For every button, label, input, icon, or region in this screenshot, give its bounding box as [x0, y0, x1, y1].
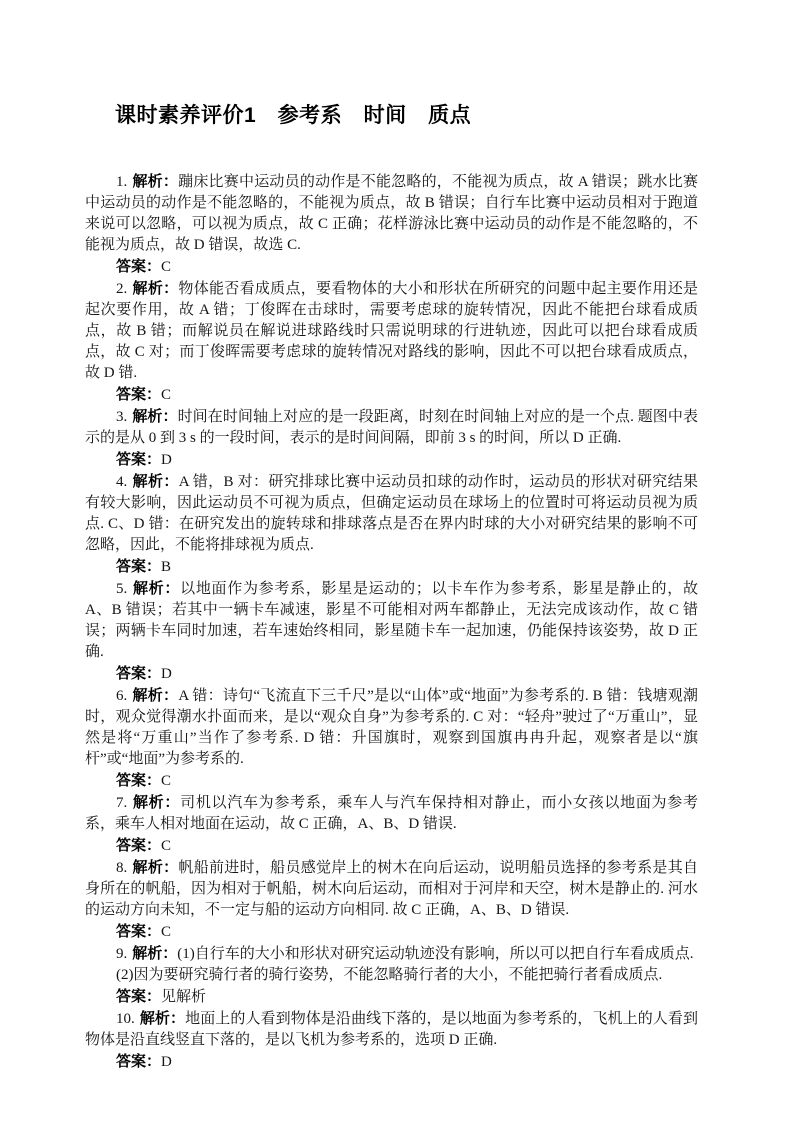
answer-paragraph: 答案：D — [85, 1051, 698, 1073]
analysis-paragraph: 6.解析：A 错：诗句“飞流直下三千尺”是以“山体”或“地面”为参考系的. B … — [85, 685, 698, 770]
answer-value: D — [161, 1054, 172, 1070]
answer-label: 答案： — [116, 988, 161, 1005]
analysis-text: 时间在时间轴上对应的是一段距离，时刻在时间轴上对应的是一个点. 题图中表示的是从… — [85, 409, 698, 446]
answer-value: 见解析 — [161, 989, 206, 1005]
answer-paragraph: 答案：C — [85, 384, 698, 406]
analysis-paragraph: 10.解析：地面上的人看到物体是沿曲线下落的，是以地面为参考系的，飞机上的人看到… — [85, 1008, 698, 1051]
analysis-label: 解析： — [132, 794, 180, 811]
analysis-extra-text: (2)因为要研究骑行者的骑行姿势，不能忽略骑行者的大小，不能把骑行者看成质点. — [116, 967, 662, 983]
solution-item-5: 5.解析：以地面作为参考系，影星是运动的；以卡车作为参考系，影星是静止的，故 A… — [85, 578, 698, 685]
solutions-content: 1.解析：蹦床比赛中运动员的动作是不能忽略的，不能视为质点，故 A 错误；跳水比… — [85, 171, 698, 1073]
solution-item-4: 4.解析：A 错，B 对：研究排球比赛中运动员扣球的动作时，运动员的形状对研究结… — [85, 471, 698, 578]
analysis-label: 解析： — [132, 859, 178, 876]
answer-paragraph: 答案：见解析 — [85, 986, 698, 1008]
page-title: 课时素养评价1 参考系 时间 质点 — [115, 103, 698, 129]
analysis-paragraph: 3.解析：时间在时间轴上对应的是一段距离，时刻在时间轴上对应的是一个点. 题图中… — [85, 406, 698, 449]
solution-item-9: 9.解析：(1)自行车的大小和形状对研究运动轨迹没有影响，所以可以把自行车看成质… — [85, 943, 698, 1008]
item-number: 8. — [116, 860, 127, 876]
solution-item-1: 1.解析：蹦床比赛中运动员的动作是不能忽略的，不能视为质点，故 A 错误；跳水比… — [85, 171, 698, 278]
analysis-label: 解析： — [132, 580, 180, 597]
analysis-label: 解析： — [132, 945, 177, 962]
answer-value: C — [161, 773, 171, 789]
answer-label: 答案： — [116, 923, 161, 940]
answer-label: 答案： — [116, 837, 161, 854]
answer-paragraph: 答案：C — [85, 921, 698, 943]
answer-value: C — [161, 259, 171, 275]
analysis-text: (1)自行车的大小和形状对研究运动轨迹没有影响，所以可以把自行车看成质点. — [177, 946, 693, 962]
answer-value: C — [161, 924, 171, 940]
solution-item-7: 7.解析：司机以汽车为参考系，乘车人与汽车保持相对静止，而小女孩以地面为参考系，… — [85, 792, 698, 857]
item-number: 7. — [116, 795, 127, 811]
analysis-paragraph: 9.解析：(1)自行车的大小和形状对研究运动轨迹没有影响，所以可以把自行车看成质… — [85, 943, 698, 965]
answer-value: C — [161, 387, 171, 403]
answer-paragraph: 答案：B — [85, 556, 698, 578]
item-number: 3. — [116, 409, 127, 425]
item-number: 1. — [116, 174, 127, 190]
analysis-label: 解析： — [132, 687, 178, 704]
answer-paragraph: 答案：C — [85, 256, 698, 278]
answer-paragraph: 答案：C — [85, 835, 698, 857]
analysis-label: 解析： — [132, 280, 178, 297]
analysis-label: 解析： — [132, 473, 178, 490]
analysis-paragraph: 7.解析：司机以汽车为参考系，乘车人与汽车保持相对静止，而小女孩以地面为参考系，… — [85, 792, 698, 835]
analysis-paragraph: 2.解析：物体能否看成质点，要看物体的大小和形状在所研究的问题中起主要作用还是起… — [85, 278, 698, 384]
answer-label: 答案： — [116, 258, 161, 275]
answer-label: 答案： — [116, 772, 161, 789]
answer-value: D — [161, 452, 172, 468]
answer-paragraph: 答案：D — [85, 663, 698, 685]
item-number: 6. — [116, 688, 127, 704]
answer-paragraph: 答案：D — [85, 449, 698, 471]
analysis-paragraph: 1.解析：蹦床比赛中运动员的动作是不能忽略的，不能视为质点，故 A 错误；跳水比… — [85, 171, 698, 256]
item-number: 10. — [116, 1011, 135, 1027]
analysis-label: 解析： — [132, 173, 178, 190]
analysis-label: 解析： — [140, 1010, 185, 1027]
analysis-paragraph: 8.解析：帆船前进时，船员感觉岸上的树木在向后运动，说明船员选择的参考系是其自身… — [85, 857, 698, 921]
analysis-paragraph: 5.解析：以地面作为参考系，影星是运动的；以卡车作为参考系，影星是静止的，故 A… — [85, 578, 698, 663]
answer-value: D — [161, 666, 172, 682]
analysis-paragraph: 4.解析：A 错，B 对：研究排球比赛中运动员扣球的动作时，运动员的形状对研究结… — [85, 471, 698, 556]
document-page: 课时素养评价1 参考系 时间 质点 1.解析：蹦床比赛中运动员的动作是不能忽略的… — [0, 0, 793, 1122]
item-number: 2. — [116, 281, 127, 297]
answer-label: 答案： — [116, 1053, 161, 1070]
analysis-label: 解析： — [132, 408, 177, 425]
answer-label: 答案： — [116, 558, 161, 575]
analysis-extra-paragraph: (2)因为要研究骑行者的骑行姿势，不能忽略骑行者的大小，不能把骑行者看成质点. — [85, 965, 698, 986]
solution-item-2: 2.解析：物体能否看成质点，要看物体的大小和形状在所研究的问题中起主要作用还是起… — [85, 278, 698, 406]
solution-item-10: 10.解析：地面上的人看到物体是沿曲线下落的，是以地面为参考系的，飞机上的人看到… — [85, 1008, 698, 1073]
answer-label: 答案： — [116, 665, 161, 682]
solution-item-3: 3.解析：时间在时间轴上对应的是一段距离，时刻在时间轴上对应的是一个点. 题图中… — [85, 406, 698, 471]
item-number: 4. — [116, 474, 127, 490]
answer-paragraph: 答案：C — [85, 770, 698, 792]
item-number: 9. — [116, 946, 127, 962]
answer-label: 答案： — [116, 451, 161, 468]
solution-item-8: 8.解析：帆船前进时，船员感觉岸上的树木在向后运动，说明船员选择的参考系是其自身… — [85, 857, 698, 943]
answer-label: 答案： — [116, 386, 161, 403]
answer-value: B — [161, 559, 171, 575]
solution-item-6: 6.解析：A 错：诗句“飞流直下三千尺”是以“山体”或“地面”为参考系的. B … — [85, 685, 698, 792]
answer-value: C — [161, 838, 171, 854]
item-number: 5. — [116, 581, 127, 597]
